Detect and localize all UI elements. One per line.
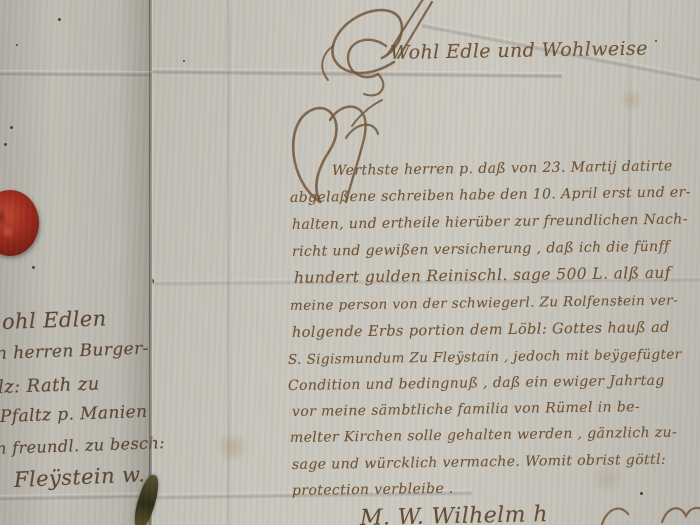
paper-speck [183, 60, 185, 62]
fold-crease-left-top [0, 70, 152, 78]
letter-body-line-9: Condition und bedingnuß , daß ein ewiger… [288, 373, 665, 394]
signature-fragment: M. W. Wilhelm h [360, 502, 548, 525]
sheet-edge [149, 0, 153, 525]
address-line-2: n herren Burger- [0, 339, 149, 364]
letter-body-line-4: richt und gewißen versicherung , daß ich… [292, 239, 670, 260]
wax-seal-icon [0, 190, 39, 256]
letter-body-line-7: holgende Erbs portion dem Löbl: Gottes h… [292, 320, 670, 341]
paper-speck [58, 18, 61, 21]
letter-body-line-10: vor meine sämbtliche familia von Rümel i… [292, 399, 640, 420]
ink-flourish-header-capital [338, 32, 396, 100]
address-line-5: n freundl. zu besch: [0, 433, 165, 458]
ink-flourish-signature [572, 498, 700, 525]
paper-stain [214, 432, 250, 462]
seal-mottle [0, 206, 7, 228]
address-line-4: Pfaltz p. Manien [0, 402, 148, 427]
address-leaf: ohl Edlen n herren Burger- lz: Rath zu P… [0, 0, 152, 525]
paper-speck [100, 410, 102, 412]
letter-body-line-8: S. Sigismundum Zu Fleÿstain , jedoch mit… [288, 347, 682, 368]
paper-speck [620, 300, 622, 302]
manuscript-photo: Wohl Edle und Wohlweise Werthste herren … [0, 0, 700, 525]
address-line-3: lz: Rath zu [0, 373, 100, 398]
paper-speck [655, 40, 657, 42]
paper-stain [618, 88, 644, 112]
address-line-6: Fleÿstein w. [13, 462, 145, 492]
paper-speck [16, 44, 18, 46]
letter-body-line-13: protection verbleibe . [292, 481, 454, 499]
letter-body-line-1: Werthste herren p. daß von 23. Martij da… [332, 158, 673, 179]
letter-body-line-6: meine person von der schwiegerl. Zu Rolf… [290, 293, 678, 314]
letter-body-line-11: melter Kirchen solle gehalten werden , g… [290, 425, 677, 446]
fold-crease-left-bottom [0, 492, 152, 502]
paper-speck [4, 143, 7, 146]
paper-speck [10, 126, 13, 129]
paper-speck [32, 266, 35, 269]
letter-page: Wohl Edle und Wohlweise Werthste herren … [152, 0, 700, 525]
fold-crease-vertical-right [628, 0, 635, 240]
seal-highlight [1, 226, 15, 238]
address-line-1: ohl Edlen [2, 306, 107, 334]
paper-speck [640, 492, 643, 495]
paper-stain [588, 466, 628, 492]
salutation-line: Wohl Edle und Wohlweise [390, 38, 648, 64]
